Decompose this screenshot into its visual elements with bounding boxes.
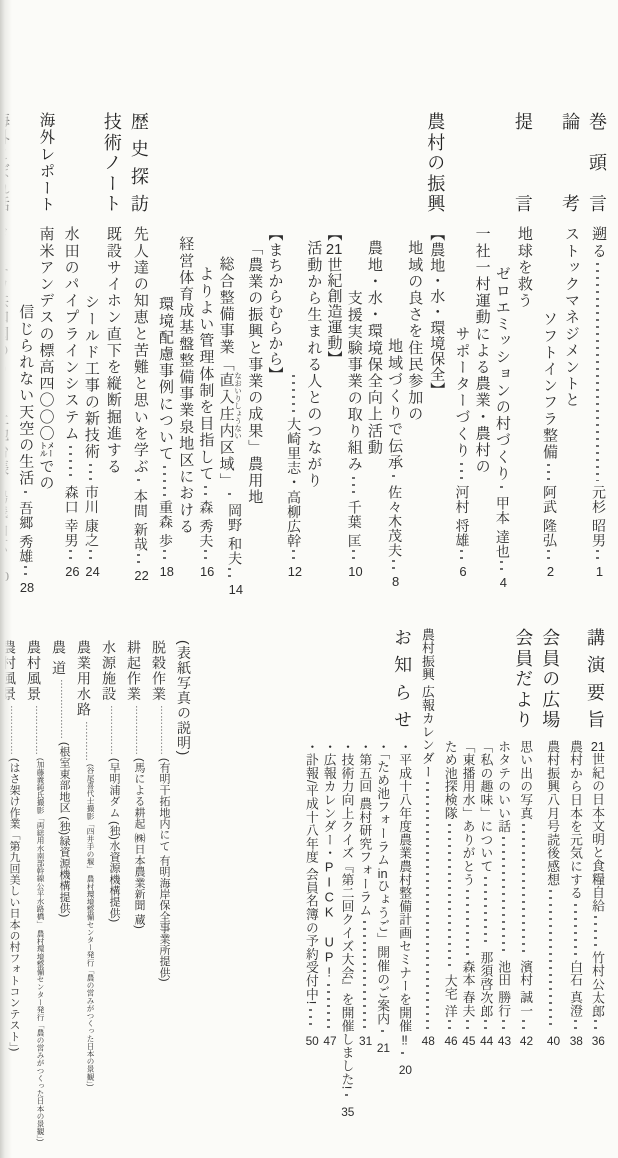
dot-leader-short: [502, 1020, 505, 1031]
toc-bottom-block: 講演要旨21世紀の日本文明と食糧自給竹村公太郎36農村から日本を元気にする白石 …: [295, 628, 604, 1047]
toc-subheading: 【まちからむらから】: [266, 226, 282, 578]
toc-section: 技術ノート既設サイホン直下を縦断掘進するシールド工事の新技術市川 康之24水田の…: [62, 112, 120, 578]
section-heading-char: 論: [561, 112, 579, 130]
heading-spacer: [568, 628, 582, 740]
entry-page-number: 44: [479, 1035, 493, 1047]
entry-title: 水田のパイプラインシステム: [62, 226, 78, 442]
section-heading-char: 会: [514, 628, 532, 646]
toc-section: 農村振興 広報カレンダー48: [420, 628, 434, 1047]
entry-title: 地球を救う: [514, 226, 532, 309]
toc-section: 歴史探訪先人達の知恵と苦難と思いを学ぶ本間 新哉22: [130, 112, 148, 578]
toc-entry: 大崎里志・高柳広幹12: [286, 226, 301, 578]
section-heading-char: 場: [541, 710, 559, 728]
cover-photo-notes-block: (表紙写真の説明) 脱穀作業……………(有明干拓地内にて 有明海岸保全事業所提供…: [8, 640, 194, 1158]
entry-title: 信じられない天空の生活: [17, 304, 33, 487]
heading-spacer: [453, 112, 469, 226]
toc-column: ・第五回 農村研究フォーラム31: [358, 628, 372, 1047]
cover-note-leader: ……………: [24, 705, 44, 755]
dot-leader-short: [292, 550, 295, 561]
cover-note-subject: 農 道: [49, 640, 69, 676]
cover-note-item: 耕起作業……………(馬による耕起 ㈱日本農業新聞 蔵): [124, 640, 144, 1158]
toc-column: お知らせ・平成十八年度農業農村整備計画セミナーを開催‼20: [393, 628, 411, 1047]
heading-spacer: [322, 628, 336, 740]
entry-author: 阿武 隆弘: [541, 485, 557, 548]
heading-spacer: [325, 112, 341, 226]
entry-page-number: 10: [346, 565, 362, 578]
section-heading-char: 探: [130, 167, 148, 185]
section-heading-char: こ: [0, 146, 8, 162]
toc-column: 講演要旨21世紀の日本文明と食糧自給竹村公太郎36: [586, 628, 604, 1047]
entry-title: 【21世紀創造運動】: [325, 226, 341, 366]
entry-title: ドミニカ共和国のGIS土地台帳: [0, 226, 8, 476]
toc-section: お知らせ・平成十八年度農業農村整備計画セミナーを開催‼20・「ため池フォーラムi…: [304, 628, 411, 1047]
entry-title: 農地・水・環境保全向上活動: [366, 240, 382, 456]
toc-column: よりよい管理体制を目指して森 秀夫16: [197, 112, 213, 578]
entry-page-number: 22: [130, 569, 148, 582]
dot-leader-short: [484, 1020, 487, 1031]
dot-leader-short: [594, 1020, 597, 1031]
section-heading-char: 農: [426, 112, 444, 130]
section-heading-char: ポ: [37, 163, 53, 179]
dot-leader-short: [89, 550, 92, 561]
entry-page-number: 30: [0, 570, 8, 583]
entry-title: 環境配慮事例について: [157, 296, 173, 462]
section-heading-char: れ: [0, 180, 8, 196]
cover-note-credit: (有明干拓地内にて 有明海岸保全事業所提供): [149, 758, 169, 982]
ruby-furigana: なおいりしょうない: [234, 372, 243, 440]
toc-entry: ホタテのいい話池田 勝行43: [496, 740, 510, 1047]
cover-note-subject: 耕起作業: [124, 640, 144, 702]
toc-column: ゼロエミッションの村づくり甲本 達也4: [494, 112, 510, 578]
dot-leader: [292, 375, 295, 413]
tate-chu-yoko: in: [375, 867, 390, 880]
toc-column: 環境配慮事例について重森 歩18: [157, 112, 173, 578]
section-heading-char: 史: [130, 139, 148, 157]
section-heading-char: 会: [541, 628, 559, 646]
entry-title: ・「ため池フォーラムinひょうご」開催のご案内: [375, 740, 389, 1026]
entry-page-number: 45: [461, 1035, 475, 1047]
entry-title: 活動から生まれる人とのつながり: [305, 240, 321, 489]
heading-spacer: [17, 112, 33, 226]
toc-column: 会員の広場農村振興八月号読後感想40: [541, 628, 559, 1047]
dot-leader: [460, 463, 463, 481]
entry-title: ため池探検隊: [443, 740, 457, 820]
entry-title: ストックマネジメントと: [561, 226, 579, 409]
toc-column: ・広報カレンダー・PICK UP!47: [322, 628, 336, 1047]
entry-page-number: 24: [83, 565, 99, 578]
section-heading-char: ぼ: [0, 163, 8, 179]
cover-note-credit: (馬による耕起 ㈱日本農業新聞 蔵): [124, 758, 144, 929]
dot-leader-short: [204, 550, 207, 561]
toc-column: 経営体育成基盤整備事業泉地区における: [177, 112, 193, 578]
heading-spacer: [305, 112, 321, 226]
dot-leader: [163, 466, 166, 496]
heading-spacer: [83, 112, 99, 226]
section-heading-char: 振: [426, 174, 444, 192]
entry-author: 大崎里志・高柳広幹: [286, 417, 301, 548]
section-heading: 技術ノート: [103, 112, 121, 212]
dot-leader: [547, 464, 550, 481]
heading-spacer: [177, 112, 193, 226]
entry-title: サポーターづくり: [453, 326, 469, 459]
section-heading-char: の: [426, 153, 444, 171]
entry-author: 大宅 洋: [443, 974, 457, 1018]
entry-title: 地域の良さを住民参加の: [406, 240, 422, 423]
toc-section: 海外レポート南米アンデスの標高四〇〇〇㍍での信じられない天空の生活吾郷 秀雄28: [17, 112, 53, 578]
section-heading-char: ー: [37, 180, 53, 196]
entry-author: 濱村 誠一: [514, 960, 532, 1018]
entry-page-number: 21: [375, 1042, 389, 1054]
toc-entry: 既設サイホン直下を縦断掘進する: [103, 226, 121, 578]
heading-spacer: [496, 628, 510, 740]
heading-spacer: [217, 112, 242, 226]
toc-entry: ・訃報/平成十八年度 会員名簿の予約受付中!50: [304, 740, 318, 1047]
dot-leader-short: [460, 550, 463, 561]
entry-title: 一社一村運動による農業・農村の: [473, 226, 489, 475]
entry-page-number: 31: [358, 1035, 372, 1047]
tate-chu-yoko: 21: [326, 242, 343, 257]
entry-page-number: 38: [568, 1035, 582, 1047]
toc-column: 歴史探訪先人達の知恵と苦難と思いを学ぶ本間 新哉22: [130, 112, 148, 578]
toc-entry: 農村から日本を元気にする白石 真澄38: [568, 740, 582, 1047]
cover-note-item: 農村風景……………(加藤義純氏撮影「両総用水南部幹線公平水路橋」 農村環境整備セ…: [24, 640, 44, 1158]
section-heading: 会員だより: [514, 628, 532, 728]
cover-note-item: 水源施設……………(早明浦ダム (独)水資源機構提供): [99, 640, 119, 1158]
cover-note-item: 農業用水路…………(谷尾喜代士撮影「四井手の堰」 農村環境整備センター発行「農の…: [74, 640, 94, 1158]
toc-section: 会員だより思い出の写真濱村 誠一42ホタテのいい話池田 勝行43「私の趣味」につ…: [443, 628, 532, 1047]
section-heading-char: レ: [37, 146, 53, 162]
toc-column: ホタテのいい話池田 勝行43: [496, 628, 510, 1047]
entry-author: 千葉 匡: [346, 500, 362, 548]
entry-title: ・第五回 農村研究フォーラム: [358, 740, 372, 917]
section-heading-char: 頭: [588, 153, 606, 171]
toc-column: 「私の趣味」について那須啓次郎44: [479, 628, 493, 1047]
toc-subheading: 【21世紀創造運動】: [325, 226, 341, 578]
entry-title: 農村振興八月号読後感想: [541, 740, 559, 886]
toc-entry: ストックマネジメントと: [561, 226, 579, 578]
toc-section: 会員の広場農村振興八月号読後感想40: [541, 628, 559, 1047]
dot-leader: [381, 1030, 384, 1036]
section-heading-char: 旨: [586, 710, 604, 728]
dot-leader-short: [163, 550, 166, 561]
cover-note-item: 農村風景……………(はさ架け作業「第九回美しい日本の村フォトコンテスト」): [0, 640, 19, 1158]
toc-column: 地域づくりで伝承佐々木茂夫8: [386, 112, 402, 578]
toc-entry: 水田のパイプラインシステム森口 幸男26: [62, 226, 78, 578]
section-heading-char: 海: [37, 112, 53, 128]
entry-page-number: 12: [286, 565, 301, 578]
entry-title: 地域づくりで伝承: [386, 338, 402, 471]
heading-spacer: [197, 112, 213, 226]
cover-note-leader: ……………: [99, 705, 119, 755]
entry-page-number: 43: [496, 1035, 510, 1047]
dot-leader: [574, 904, 577, 957]
section-heading-char: だ: [514, 669, 532, 687]
entry-title: 「農業の振興と事業の成果」農用地: [246, 240, 262, 506]
heading-spacer: [406, 112, 422, 226]
toc-column: ・訃報/平成十八年度 会員名簿の予約受付中!50: [304, 628, 318, 1047]
entry-page-number: 20: [393, 1064, 411, 1076]
toc-entry: ・技術力向上クイズ『第二回クイズ大会』を開催しました!35: [340, 740, 354, 1047]
entry-author: 市川 康之: [83, 485, 99, 548]
toc-top-block: 巻頭言遡る元杉 昭男1論考ストックマネジメントとソフトインフラ整備阿武 隆弘2提…: [0, 112, 606, 578]
section-heading-char: ら: [393, 683, 411, 701]
entry-page-number: 40: [541, 1035, 559, 1047]
entry-author: 森口 幸男: [62, 485, 78, 548]
section-heading-char: 術: [103, 133, 121, 151]
section-heading: 農村の振興: [426, 112, 444, 212]
section-heading-char: 外: [37, 129, 53, 145]
heading-spacer: [461, 628, 475, 740]
section-heading-char: 員: [514, 649, 532, 667]
toc-column: シールド工事の新技術市川 康之24: [83, 112, 99, 578]
entry-author: 那須啓次郎: [479, 951, 493, 1018]
toc-entry: 地球を救う: [514, 226, 532, 578]
toc-entry: 総合整備事業「直入庄内なおいりしょうない区域」岡野 和夫14: [217, 226, 242, 578]
toc-entry: ・第五回 農村研究フォーラム31: [358, 740, 372, 1047]
toc-column: ソフトインフラ整備阿武 隆弘2: [541, 112, 557, 578]
dot-leader: [426, 782, 429, 1029]
dot-leader: [500, 486, 503, 492]
dot-leader: [502, 837, 505, 956]
toc-section: 講演要旨21世紀の日本文明と食糧自給竹村公太郎36農村から日本を元気にする白石 …: [568, 628, 604, 1047]
toc-entry: ・「ため池フォーラムinひょうご」開催のご案内21: [375, 740, 389, 1047]
heading-spacer: [304, 628, 318, 740]
toc-entry: シールド工事の新技術市川 康之24: [83, 226, 99, 578]
cover-note-leader: ……………: [0, 705, 19, 755]
dot-leader-short: [24, 566, 27, 577]
dot-leader: [0, 480, 1, 486]
entry-title: 先人達の知恵と苦難と思いを学ぶ: [130, 226, 148, 475]
cover-notes-label: (表紙写真の説明): [174, 640, 194, 756]
dot-leader: [24, 491, 27, 497]
section-heading: 歴史探訪: [130, 112, 148, 212]
toc-column: 農地・水・環境保全向上活動: [366, 112, 382, 578]
toc-column: 【21世紀創造運動】: [325, 112, 341, 578]
heading-spacer: [375, 628, 389, 740]
cover-notes-label-column: (表紙写真の説明): [174, 640, 194, 1158]
toc-column: サポーターづくり河村 将雄6: [453, 112, 469, 578]
dot-leader-short: [522, 1020, 525, 1031]
entry-title: シールド工事の新技術: [83, 294, 99, 460]
heading-spacer: [340, 628, 354, 740]
section-heading-char: の: [541, 669, 559, 687]
dot-leader-short: [574, 1020, 577, 1031]
toc-column: 「東播用水」ありがとう森本 春夫45: [461, 628, 475, 1047]
entry-title: 経営体育成基盤整備事業泉地区における: [177, 236, 193, 535]
entry-title: よりよい管理体制を目指して: [197, 266, 213, 482]
section-heading-char: 言: [514, 194, 532, 212]
toc-section: 海外こぼれ話ドミニカ共和国のGIS土地台帳湯浅 和広30: [0, 112, 8, 578]
section-heading-char: ー: [103, 174, 121, 192]
toc-column: 農村から日本を元気にする白石 真澄38: [568, 628, 582, 1047]
dot-leader-short: [500, 561, 503, 572]
entry-page-number: 2: [541, 565, 557, 578]
dot-leader-short: [69, 550, 72, 561]
toc-column: 大崎里志・高柳広幹12: [286, 112, 301, 578]
dot-leader: [204, 486, 207, 496]
entry-page-number: 8: [386, 575, 402, 588]
toc-entry: 農村振興八月号読後感想40: [541, 740, 559, 1047]
section-heading-char: せ: [393, 710, 411, 728]
cover-note-subject: 脱穀作業: [149, 640, 169, 702]
entry-page-number: 1: [588, 565, 606, 578]
entry-title: ホタテのいい話: [496, 740, 510, 833]
toc-entry: 環境配慮事例について重森 歩18: [157, 226, 173, 578]
entry-title: 既設サイホン直下を縦断掘進する: [103, 226, 121, 475]
toc-section: 提言地球を救うゼロエミッションの村づくり甲本 達也4一社一村運動による農業・農村…: [453, 112, 532, 578]
entry-title: 「東播用水」ありがとう: [461, 740, 475, 886]
entry-author: 池田 勝行: [496, 960, 510, 1018]
entry-title: ・広報カレンダー・PICK UP!: [322, 740, 336, 980]
toc-entry: 信じられない天空の生活吾郷 秀雄28: [17, 226, 33, 578]
section-heading: お知らせ: [393, 628, 411, 728]
entry-title: 【農地・水・環境保全】: [426, 226, 444, 398]
cover-note-leader: ……………: [124, 705, 144, 755]
toc-column: 会員だより思い出の写真濱村 誠一42: [514, 628, 532, 1047]
section-heading-char: 話: [0, 196, 8, 212]
section-heading-char: 村: [426, 133, 444, 151]
dot-leader-short: [466, 1020, 469, 1031]
dot-leader: [69, 446, 72, 481]
entry-author: 元杉 昭男: [588, 485, 606, 548]
heading-spacer: [346, 112, 362, 226]
entry-title: 遡る: [588, 226, 606, 259]
heading-spacer: [479, 628, 493, 740]
entry-author: 岡野 和夫: [217, 503, 242, 566]
section-heading-char: 演: [586, 655, 604, 673]
section-heading: 海外こぼれ話: [0, 112, 8, 212]
entry-title: 農村振興 広報カレンダー: [420, 628, 434, 778]
entry-page-number: 35: [340, 1106, 354, 1118]
toc-section: 巻頭言遡る元杉 昭男1: [588, 112, 606, 578]
entry-author: 竹村公太郎: [586, 951, 604, 1018]
section-heading-char: 興: [426, 194, 444, 212]
section-heading-char: 海: [0, 112, 8, 128]
entry-page-number: 46: [443, 1035, 457, 1047]
heading-spacer: [443, 628, 457, 740]
dot-leader-short: [448, 1020, 451, 1031]
entry-author: 重森 歩: [157, 500, 173, 548]
section-heading-char: 技: [103, 112, 121, 130]
section-heading-char: り: [514, 710, 532, 728]
toc-entry: 21世紀の日本文明と食糧自給竹村公太郎36: [586, 740, 604, 1047]
section-heading-char: ト: [103, 194, 121, 212]
toc-column: 提言地球を救う: [514, 112, 532, 578]
dot-leader: [345, 1094, 348, 1100]
upright-latin: PICK UP!: [322, 860, 337, 980]
section-heading-char: 巻: [588, 112, 606, 130]
dot-leader: [522, 824, 525, 956]
cover-note-item: 農 道………………(根室東部地区 (独)緑資源機構提供): [49, 640, 69, 1158]
section-heading-char: 講: [586, 628, 604, 646]
toc-entry: 「東播用水」ありがとう森本 春夫45: [461, 740, 475, 1047]
dot-leader: [137, 479, 140, 485]
dot-leader: [327, 984, 330, 1029]
toc-column: 総合整備事業「直入庄内なおいりしょうない区域」岡野 和夫14: [217, 112, 242, 578]
dot-leader: [89, 464, 92, 481]
entry-title: ソフトインフラ整備: [541, 311, 557, 460]
entry-page-number: 16: [197, 565, 213, 578]
entry-title: ゼロエミッションの村づくり: [494, 266, 510, 482]
cover-note-subject: 農村風景: [0, 640, 19, 702]
entry-title: 思い出の写真: [514, 740, 532, 820]
section-heading-char: 考: [561, 194, 579, 212]
toc-column: 一社一村運動による農業・農村の: [473, 112, 489, 578]
cover-note-leader: ………………: [49, 679, 69, 739]
entry-title: 支援実験事業の取り組み: [346, 290, 362, 473]
heading-spacer: [386, 112, 402, 226]
cover-note-leader: …………: [74, 721, 94, 761]
calendar-heading-entry: 農村振興 広報カレンダー48: [420, 628, 434, 1047]
entry-author: 白石 真澄: [568, 960, 582, 1018]
toc-column: 農村の振興【農地・水・環境保全】: [426, 112, 444, 578]
dot-leader-short: [137, 554, 140, 565]
entry-page-number: 14: [217, 583, 242, 596]
entry-title: 南米アンデスの標高四〇〇〇㍍での: [37, 226, 53, 492]
section-heading: 巻頭言: [588, 112, 606, 212]
section-heading-char: 外: [0, 129, 8, 145]
section-heading-char: お: [393, 628, 411, 646]
toc-entry: ため池探検隊大宅 洋46: [443, 740, 457, 1047]
toc-entry: 先人達の知恵と苦難と思いを学ぶ本間 新哉22: [130, 226, 148, 578]
heading-spacer: [541, 112, 557, 226]
section-heading-char: 言: [588, 194, 606, 212]
heading-spacer: [246, 112, 262, 226]
entry-title: 【まちからむらから】: [266, 226, 282, 382]
magazine-toc-page: 巻頭言遡る元杉 昭男1論考ストックマネジメントとソフトインフラ整備阿武 隆弘2提…: [0, 0, 618, 1158]
dot-leader-short: [596, 550, 599, 561]
cover-note-item: 脱穀作業……………(有明干拓地内にて 有明海岸保全事業所提供): [149, 640, 169, 1158]
heading-spacer: [266, 112, 282, 226]
cover-note-leader: ……………: [149, 705, 169, 755]
upright-latin: GIS: [0, 359, 9, 410]
toc-entry: 「農業の振興と事業の成果」農用地: [246, 226, 262, 578]
heading-spacer: [358, 628, 372, 740]
tate-chu-yoko: 21: [590, 740, 605, 753]
section-heading-char: よ: [514, 690, 532, 708]
dot-leader: [352, 477, 355, 496]
heading-spacer: [473, 112, 489, 226]
toc-entry: 地域の良さを住民参加の: [406, 226, 422, 578]
toc-entry: 南米アンデスの標高四〇〇〇㍍での: [37, 226, 53, 578]
dot-leader: [363, 921, 366, 1029]
toc-subheading: 【農地・水・環境保全】: [426, 226, 444, 578]
toc-column: 論考ストックマネジメントと: [561, 112, 579, 578]
cover-note-subject: 農業用水路: [74, 640, 94, 718]
section-heading: 論考: [561, 112, 579, 212]
section-heading-char: 訪: [130, 194, 148, 212]
toc-column: 活動から生まれる人とのつながり: [305, 112, 321, 578]
toc-column: ・技術力向上クイズ『第二回クイズ大会』を開催しました!35: [340, 628, 354, 1047]
section-heading: 会員の広場: [541, 628, 559, 728]
dot-leader: [594, 916, 597, 947]
toc-entry: ドミニカ共和国のGIS土地台帳湯浅 和広30: [0, 226, 8, 578]
section-heading-char: ノ: [103, 153, 121, 171]
dot-leader-short: [228, 568, 231, 579]
section-heading-char: 歴: [130, 112, 148, 130]
toc-section: 農村の振興【農地・水・環境保全】地域の良さを住民参加の地域づくりで伝承佐々木茂夫…: [157, 112, 444, 578]
section-heading: 海外レポート: [37, 112, 53, 212]
entry-author: 湯浅 和広: [0, 490, 8, 553]
toc-column: ・「ため池フォーラムinひょうご」開催のご案内21: [375, 628, 389, 1047]
toc-entry: 支援実験事業の取り組み千葉 匡10: [346, 226, 362, 578]
toc-column: 技術ノート既設サイホン直下を縦断掘進する: [103, 112, 121, 578]
ruby-annotated-text: 直入庄内なおいりしょうない: [218, 372, 235, 439]
toc-section: 論考ストックマネジメントとソフトインフラ整備阿武 隆弘2: [541, 112, 579, 578]
entry-page-number: 28: [17, 581, 33, 594]
entry-author: 本間 新哉: [130, 489, 148, 552]
section-heading-char: 広: [541, 690, 559, 708]
